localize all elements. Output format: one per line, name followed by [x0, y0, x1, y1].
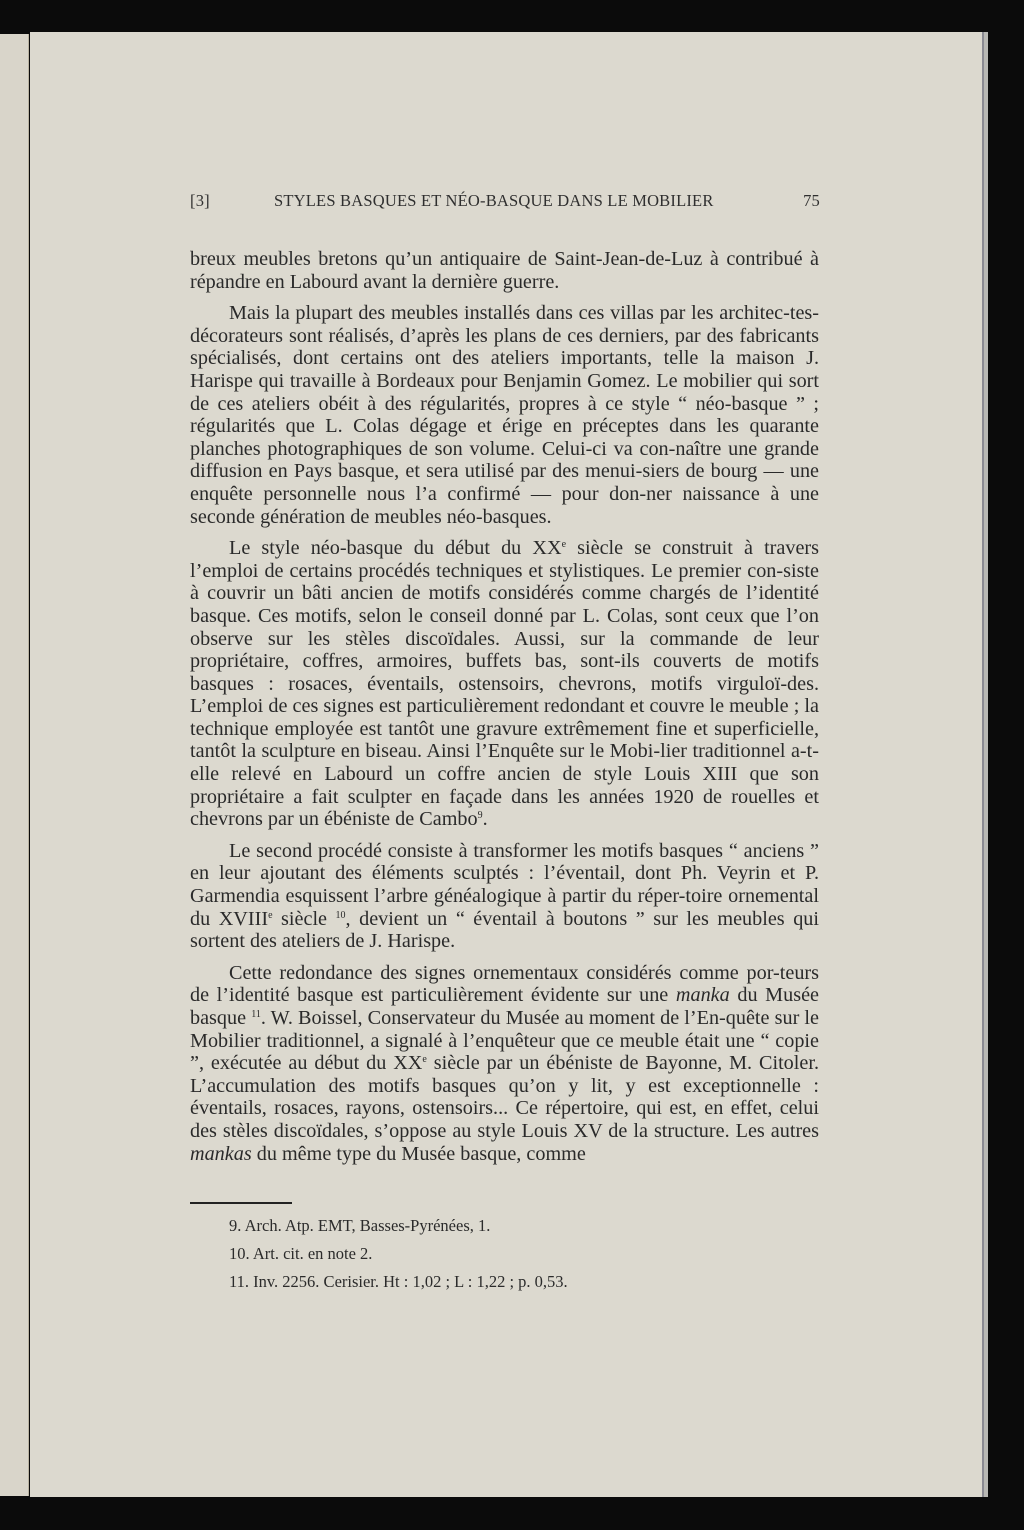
footnote-9: 9. Arch. Atp. EMT, Basses-Pyrénées, 1.: [229, 1212, 829, 1240]
italic-term: mankas: [190, 1143, 252, 1165]
running-head: [3] STYLES BASQUES ET NÉO-BASQUE DANS LE…: [190, 191, 820, 213]
text-run: siècle se construit à travers l’emploi d…: [190, 537, 819, 830]
italic-term: manka: [676, 984, 730, 1006]
page-number: 75: [803, 191, 820, 211]
section-marker: [3]: [190, 191, 210, 211]
text-run: breux meubles bretons qu’un antiquaire d…: [190, 248, 819, 293]
footnote-ref-10: 10: [336, 910, 346, 921]
footnote-10: 10. Art. cit. en note 2.: [229, 1240, 829, 1268]
text-run: Le style néo-basque du début du XX: [229, 537, 562, 559]
paragraph-5: Cette redondance des signes ornementaux …: [190, 962, 819, 1165]
text-run: .: [483, 808, 488, 830]
body-text: breux meubles bretons qu’un antiquaire d…: [190, 248, 819, 1174]
paragraph-1: breux meubles bretons qu’un antiquaire d…: [190, 248, 819, 293]
paragraph-4: Le second procédé consiste à transformer…: [190, 840, 819, 953]
text-run: Mais la plupart des meubles installés da…: [190, 302, 819, 527]
footnote-ref-11: 11: [251, 1009, 261, 1020]
paragraph-2: Mais la plupart des meubles installés da…: [190, 302, 819, 528]
footnote-11: 11. Inv. 2256. Cerisier. Ht : 1,02 ; L :…: [229, 1268, 829, 1296]
footnote-rule: [190, 1202, 292, 1204]
footnotes: 9. Arch. Atp. EMT, Basses-Pyrénées, 1. 1…: [229, 1212, 829, 1296]
previous-page-edge: [0, 34, 29, 1496]
running-title: STYLES BASQUES ET NÉO-BASQUE DANS LE MOB…: [274, 191, 714, 211]
paragraph-3: Le style néo-basque du début du XXe sièc…: [190, 537, 819, 831]
text-run: du même type du Musée basque, comme: [252, 1143, 586, 1165]
text-run: siècle: [273, 908, 336, 930]
